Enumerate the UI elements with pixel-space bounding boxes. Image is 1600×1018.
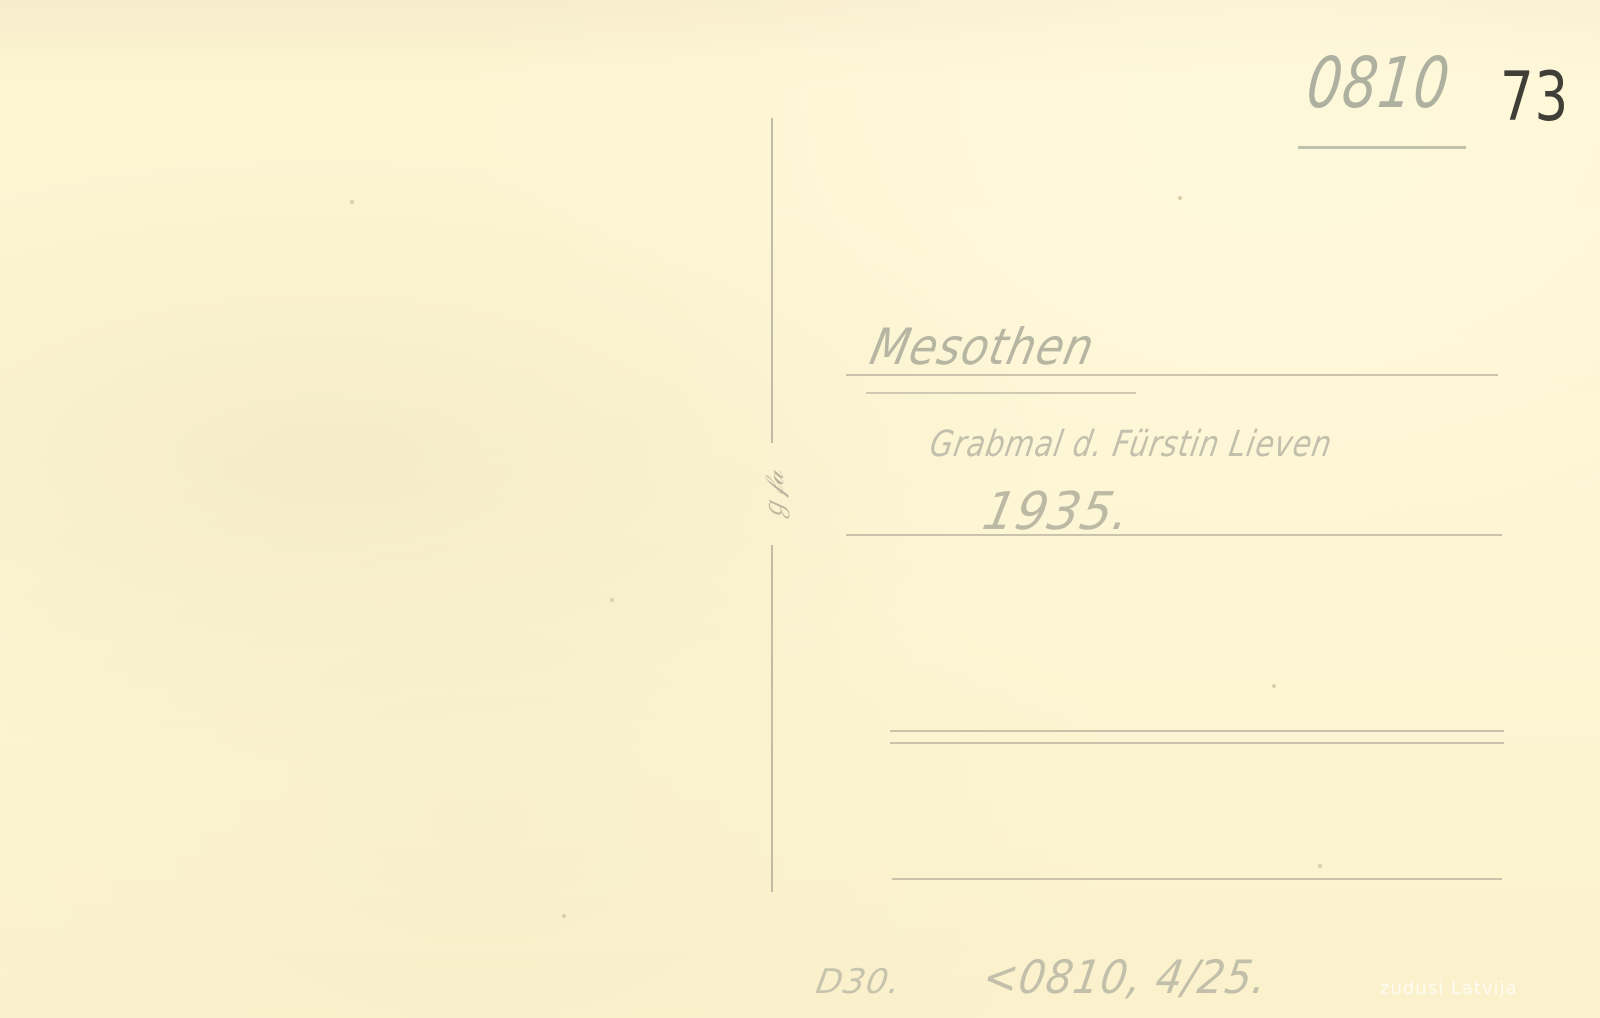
- footer-code-a: D30.: [813, 962, 904, 1002]
- center-divider-top: [771, 118, 773, 443]
- paper-speck: [1178, 196, 1182, 200]
- paper-speck: [1272, 684, 1276, 688]
- description: Grabmal d. Fürstin Lieven: [927, 424, 1335, 465]
- paper-speck: [610, 598, 614, 602]
- address-line-1: [846, 374, 1498, 376]
- item-number: 73: [1500, 58, 1569, 137]
- place-name-underline: [866, 392, 1136, 394]
- center-divider-bottom: [771, 545, 773, 892]
- year: 1935.: [978, 482, 1136, 542]
- address-line-3a: [890, 730, 1504, 732]
- archive-number-underline: [1298, 146, 1466, 149]
- archive-number: 0810: [1303, 42, 1454, 124]
- address-line-3b: [890, 742, 1504, 744]
- paper-speck: [350, 200, 354, 204]
- address-line-2: [846, 534, 1502, 536]
- address-line-4: [892, 878, 1502, 880]
- watermark: zudusi Latvija: [1380, 978, 1518, 999]
- place-name: Mesothen: [865, 318, 1100, 376]
- postcard-back: ℊ𝒻𝒶 0810 73 Mesothen Grabmal d. Fürstin …: [0, 0, 1600, 1018]
- paper-speck: [562, 914, 566, 918]
- paper-speck: [1318, 864, 1322, 868]
- divider-printer-mark: ℊ𝒻𝒶: [727, 467, 817, 527]
- footer-code-b: <0810, 4/25.: [979, 950, 1271, 1004]
